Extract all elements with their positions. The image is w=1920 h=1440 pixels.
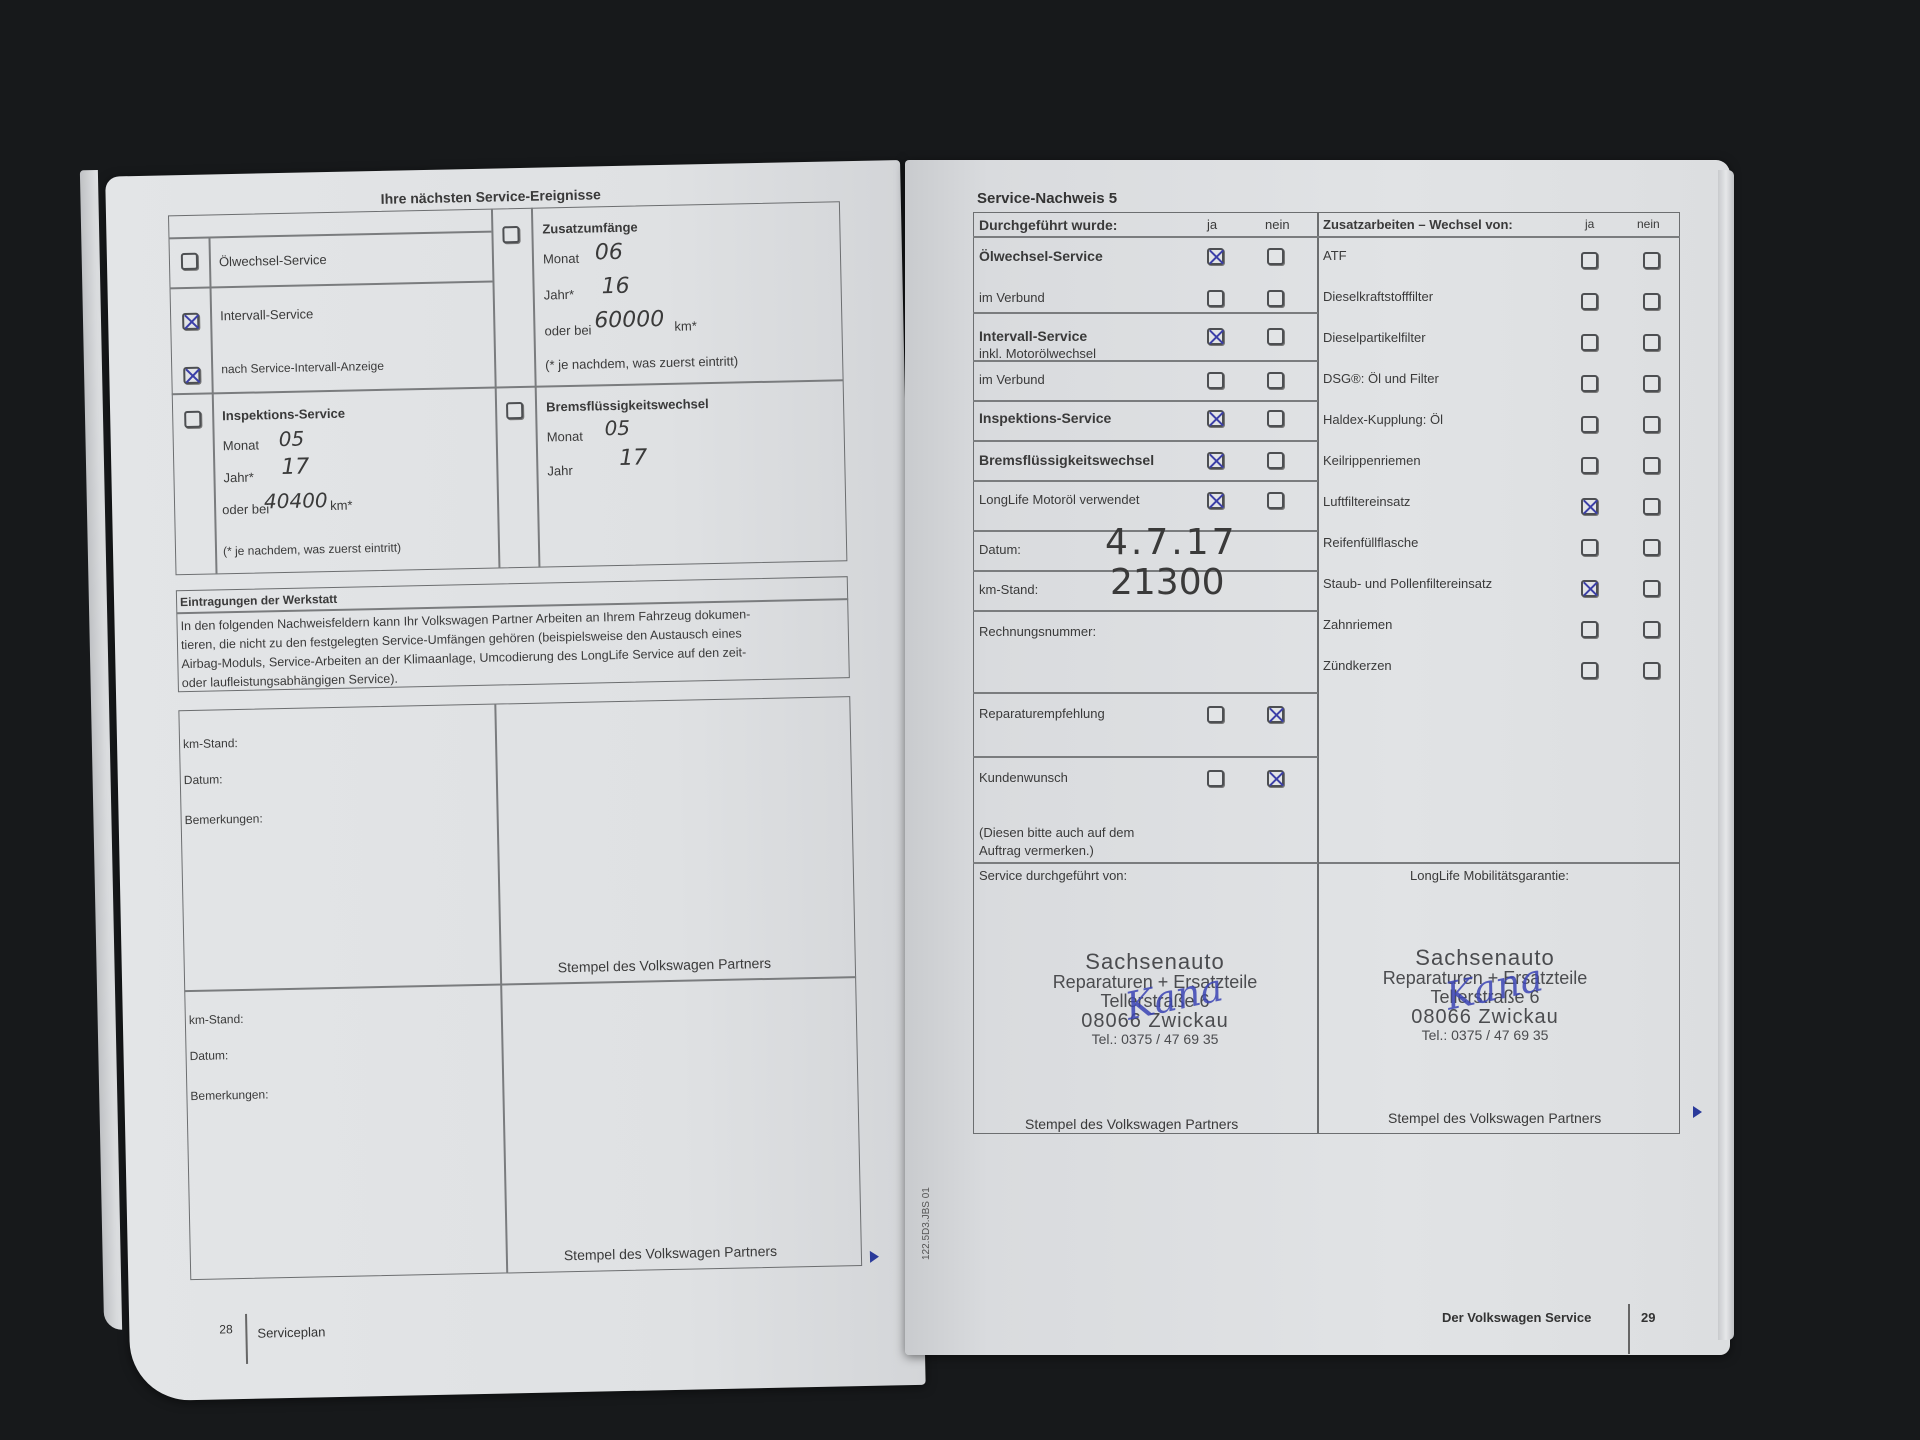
performed-col-no: nein: [1265, 217, 1290, 232]
repair-recommendation-yes[interactable]: [1207, 706, 1224, 723]
right-page-section: Der Volkswagen Service: [1442, 1310, 1591, 1325]
inspection-km-suffix: km*: [330, 498, 353, 513]
service-record-title: Service-Nachweis 5: [977, 190, 1117, 207]
brake-year-label: Jahr: [547, 463, 573, 479]
additional-month-label: Monat: [543, 251, 579, 267]
additional-work-row-label: Haldex-Kupplung: Öl: [1323, 412, 1443, 427]
additional-work-row-label: ATF: [1323, 248, 1347, 263]
inspection-km-prefix: oder bei: [222, 501, 269, 517]
performed-row-yes-checkbox[interactable]: [1207, 372, 1224, 389]
right-page: 122.5D3.JBS 01 Service-Nachweis 5 Durchg…: [905, 160, 1730, 1355]
interval-service-label: Intervall-Service: [220, 306, 313, 323]
inspection-month-label: Monat: [223, 437, 259, 453]
inspection-service-checkbox[interactable]: [184, 411, 201, 428]
performed-row-label: Bremsflüssigkeitswechsel: [979, 452, 1154, 468]
additional-work-row-label: Reifenfüllflasche: [1323, 535, 1418, 550]
performed-row-label: LongLife Motoröl verwendet: [979, 492, 1139, 507]
customer-request-label: Kundenwunsch: [979, 770, 1068, 785]
additional-work-yes-checkbox[interactable]: [1581, 293, 1598, 310]
additional-work-yes-checkbox[interactable]: [1581, 621, 1598, 638]
left-page-section: Serviceplan: [257, 1324, 325, 1340]
additional-work-yes-checkbox[interactable]: [1581, 539, 1598, 556]
additional-work-yes-checkbox[interactable]: [1581, 416, 1598, 433]
entry-1-date-label: Datum:: [184, 772, 223, 787]
entry-2-km-label: km-Stand:: [189, 1012, 244, 1027]
additional-work-no-checkbox[interactable]: [1643, 662, 1660, 679]
performed-row-no-checkbox[interactable]: [1267, 328, 1284, 345]
entry-2-remarks-label: Bemerkungen:: [190, 1087, 268, 1103]
additional-work-no-checkbox[interactable]: [1643, 375, 1660, 392]
additional-work-yes-checkbox[interactable]: [1581, 498, 1598, 515]
entry-block-2: km-Stand: Datum: Bemerkungen: Stempel de…: [105, 160, 900, 177]
additional-km-prefix: oder bei: [544, 323, 591, 339]
additional-work-yes-checkbox[interactable]: [1581, 252, 1598, 269]
brake-month-label: Monat: [547, 429, 583, 445]
repair-recommendation-label: Reparaturempfehlung: [979, 706, 1105, 721]
entry-1-remarks-label: Bemerkungen:: [185, 811, 263, 827]
continue-arrow-icon: [870, 1251, 879, 1263]
performed-row-no-checkbox[interactable]: [1267, 372, 1284, 389]
date-value[interactable]: 4.7.17: [1105, 522, 1238, 563]
repair-recommendation-no[interactable]: [1267, 706, 1284, 723]
inspection-year-value[interactable]: 17: [281, 454, 310, 480]
print-code: 122.5D3.JBS 01: [921, 1187, 932, 1260]
additional-work-no-checkbox[interactable]: [1643, 498, 1660, 515]
inspection-year-label: Jahr*: [223, 470, 254, 486]
customer-request-note: (Diesen bitte auch auf dem Auftrag verme…: [979, 824, 1134, 860]
performed-row-label: im Verbund: [979, 290, 1045, 305]
right-page-edge: [1718, 170, 1734, 1340]
additional-work-col-no: nein: [1637, 217, 1660, 231]
additional-km-suffix: km*: [674, 318, 697, 333]
inspection-month-value[interactable]: 05: [278, 427, 304, 452]
customer-request-yes[interactable]: [1207, 770, 1224, 787]
performed-header: Durchgeführt wurde:: [979, 217, 1117, 233]
additional-year-label: Jahr*: [544, 287, 575, 303]
additional-scope-label: Zusatzumfänge: [542, 220, 638, 237]
performed-row-sublabel: inkl. Motorölwechsel: [979, 346, 1096, 361]
performed-row-yes-checkbox[interactable]: [1207, 328, 1224, 345]
performed-row-label: Inspektions-Service: [979, 410, 1111, 426]
left-page: Ihre nächsten Service-Ereignisse Ölwechs…: [105, 160, 925, 1401]
additional-work-no-checkbox[interactable]: [1643, 252, 1660, 269]
date-label: Datum:: [979, 542, 1021, 557]
additional-month-value[interactable]: 06: [595, 240, 624, 266]
performed-row-label: im Verbund: [979, 372, 1045, 387]
additional-work-yes-checkbox[interactable]: [1581, 457, 1598, 474]
additional-work-yes-checkbox[interactable]: [1581, 580, 1598, 597]
performed-row-no-checkbox[interactable]: [1267, 410, 1284, 427]
additional-work-row-label: Zündkerzen: [1323, 658, 1392, 673]
performed-row-yes-checkbox[interactable]: [1207, 492, 1224, 509]
entry-2-date-label: Datum:: [189, 1048, 228, 1063]
oil-service-label: Ölwechsel-Service: [219, 252, 327, 269]
additional-work-col-yes: ja: [1585, 217, 1594, 231]
next-service-title: Ihre nächsten Service-Ereignisse: [381, 186, 602, 207]
service-indicator-checkbox[interactable]: [183, 367, 200, 384]
additional-work-no-checkbox[interactable]: [1643, 416, 1660, 433]
invoice-label: Rechnungsnummer:: [979, 624, 1096, 639]
mobility-guarantee-label: LongLife Mobilitätsgarantie:: [1410, 868, 1569, 883]
additional-work-yes-checkbox[interactable]: [1581, 334, 1598, 351]
additional-work-row-label: Dieselpartikelfilter: [1323, 330, 1426, 345]
additional-work-no-checkbox[interactable]: [1643, 293, 1660, 310]
additional-work-no-checkbox[interactable]: [1643, 539, 1660, 556]
mobility-guarantee-stamp-label: Stempel des Volkswagen Partners: [1388, 1110, 1601, 1126]
continue-arrow-icon-right: [1693, 1106, 1702, 1118]
additional-work-row-label: Keilrippenriemen: [1323, 453, 1421, 468]
performed-row-yes-checkbox[interactable]: [1207, 290, 1224, 307]
inspection-service-label: Inspektions-Service: [222, 406, 345, 424]
additional-work-yes-checkbox[interactable]: [1581, 662, 1598, 679]
brake-month-value[interactable]: 05: [604, 416, 630, 441]
performed-row-yes-checkbox[interactable]: [1207, 452, 1224, 469]
entry-block-1: km-Stand: Datum: Bemerkungen: Stempel de…: [105, 160, 900, 177]
performed-row-no-checkbox[interactable]: [1267, 290, 1284, 307]
brake-year-value[interactable]: 17: [619, 445, 648, 471]
additional-work-row-label: Staub- und Pollenfiltereinsatz: [1323, 576, 1492, 591]
additional-work-no-checkbox[interactable]: [1643, 457, 1660, 474]
service-by-stamp-label: Stempel des Volkswagen Partners: [1025, 1116, 1238, 1132]
performed-row-yes-checkbox[interactable]: [1207, 248, 1224, 265]
performed-row-no-checkbox[interactable]: [1267, 452, 1284, 469]
inspection-km-value[interactable]: 40400: [264, 488, 328, 513]
service-by-label: Service durchgeführt von:: [979, 868, 1127, 883]
performed-col-yes: ja: [1207, 217, 1217, 232]
workshop-entries-text: In den folgenden Nachweisfeldern kann Ih…: [180, 603, 841, 693]
additional-work-no-checkbox[interactable]: [1643, 580, 1660, 597]
km-label: km-Stand:: [979, 582, 1038, 597]
interval-service-checkbox[interactable]: [182, 313, 199, 330]
km-value[interactable]: 21300: [1110, 562, 1225, 603]
performed-row-no-checkbox[interactable]: [1267, 248, 1284, 265]
additional-work-header: Zusatzarbeiten – Wechsel von:: [1323, 217, 1513, 232]
brake-fluid-checkbox[interactable]: [506, 402, 523, 419]
additional-work-yes-checkbox[interactable]: [1581, 375, 1598, 392]
additional-work-row-label: DSG®: Öl und Filter: [1323, 371, 1439, 386]
additional-work-row-label: Luftfiltereinsatz: [1323, 494, 1410, 509]
performed-row-no-checkbox[interactable]: [1267, 492, 1284, 509]
additional-work-row-label: Dieselkraftstofffilter: [1323, 289, 1433, 304]
additional-scope-checkbox[interactable]: [502, 226, 519, 243]
additional-work-no-checkbox[interactable]: [1643, 334, 1660, 351]
right-page-number: 29: [1641, 1310, 1655, 1325]
left-page-number: 28: [219, 1322, 233, 1336]
performed-row-label: Ölwechsel-Service: [979, 248, 1103, 264]
customer-request-no[interactable]: [1267, 770, 1284, 787]
additional-year-value[interactable]: 16: [601, 274, 630, 300]
performed-row-label: Intervall-Service: [979, 328, 1087, 344]
entry-1-km-label: km-Stand:: [183, 736, 238, 751]
additional-work-row-label: Zahnriemen: [1323, 617, 1392, 632]
performed-row-yes-checkbox[interactable]: [1207, 410, 1224, 427]
additional-work-no-checkbox[interactable]: [1643, 621, 1660, 638]
oil-service-checkbox[interactable]: [181, 253, 198, 270]
additional-km-value[interactable]: 60000: [594, 307, 665, 333]
